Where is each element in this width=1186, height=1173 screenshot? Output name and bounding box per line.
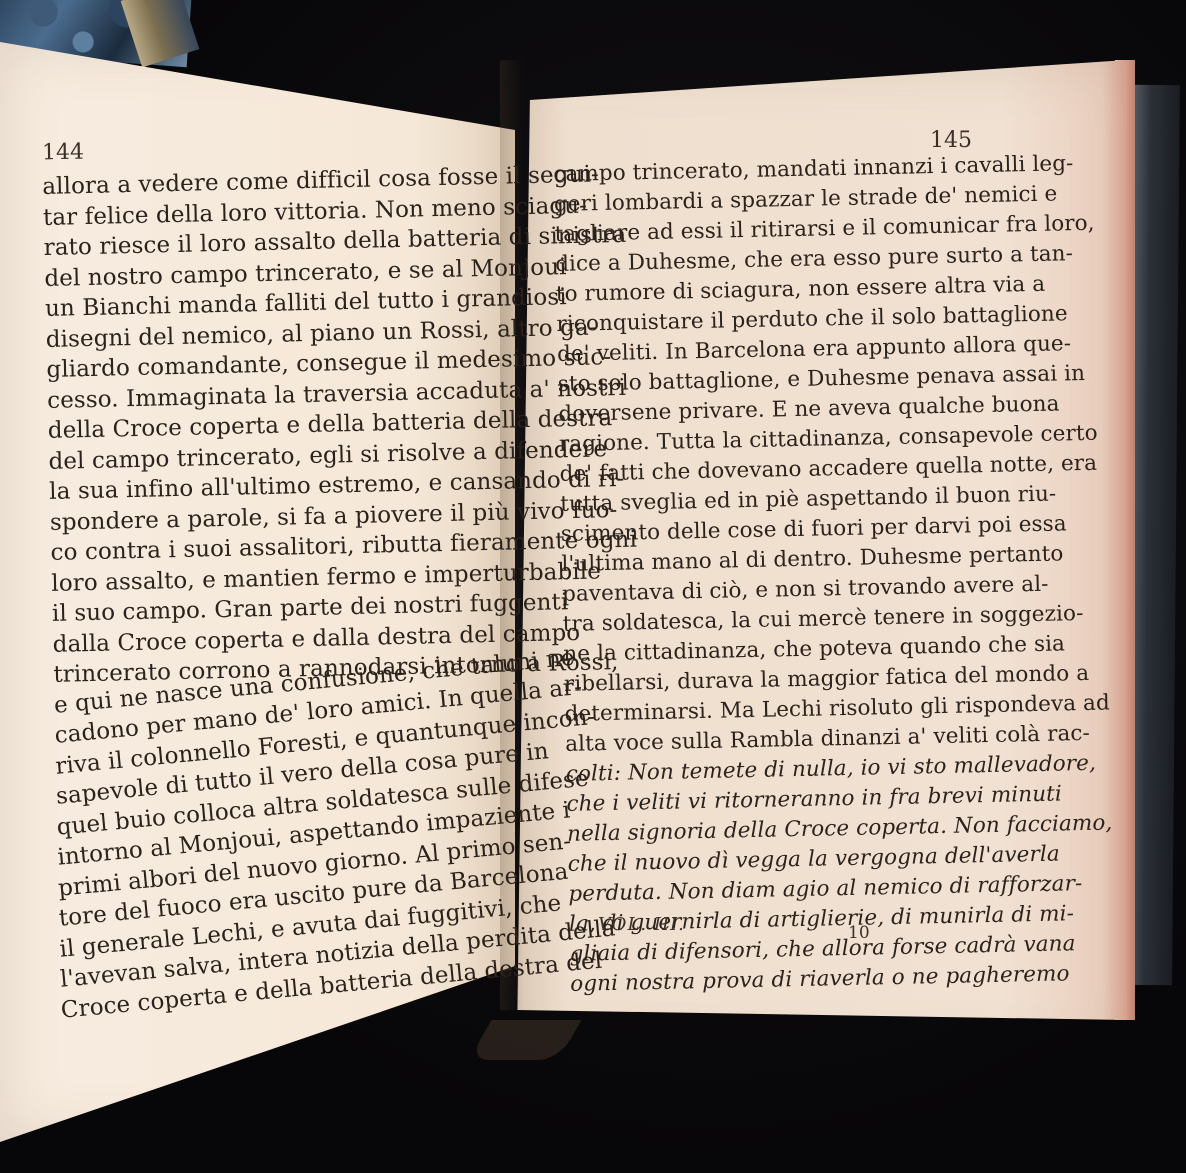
volume-signature: VOL. III.	[598, 914, 685, 935]
right-page-text: campo trincerato, mandati innanzi i cava…	[553, 149, 1116, 1000]
gathering-number: 10	[848, 923, 870, 943]
page-number-left: 144	[42, 140, 84, 166]
page-number-right: 145	[930, 128, 972, 153]
book-photo: 144 145 allora a vedere come difficil co…	[0, 0, 1186, 1173]
